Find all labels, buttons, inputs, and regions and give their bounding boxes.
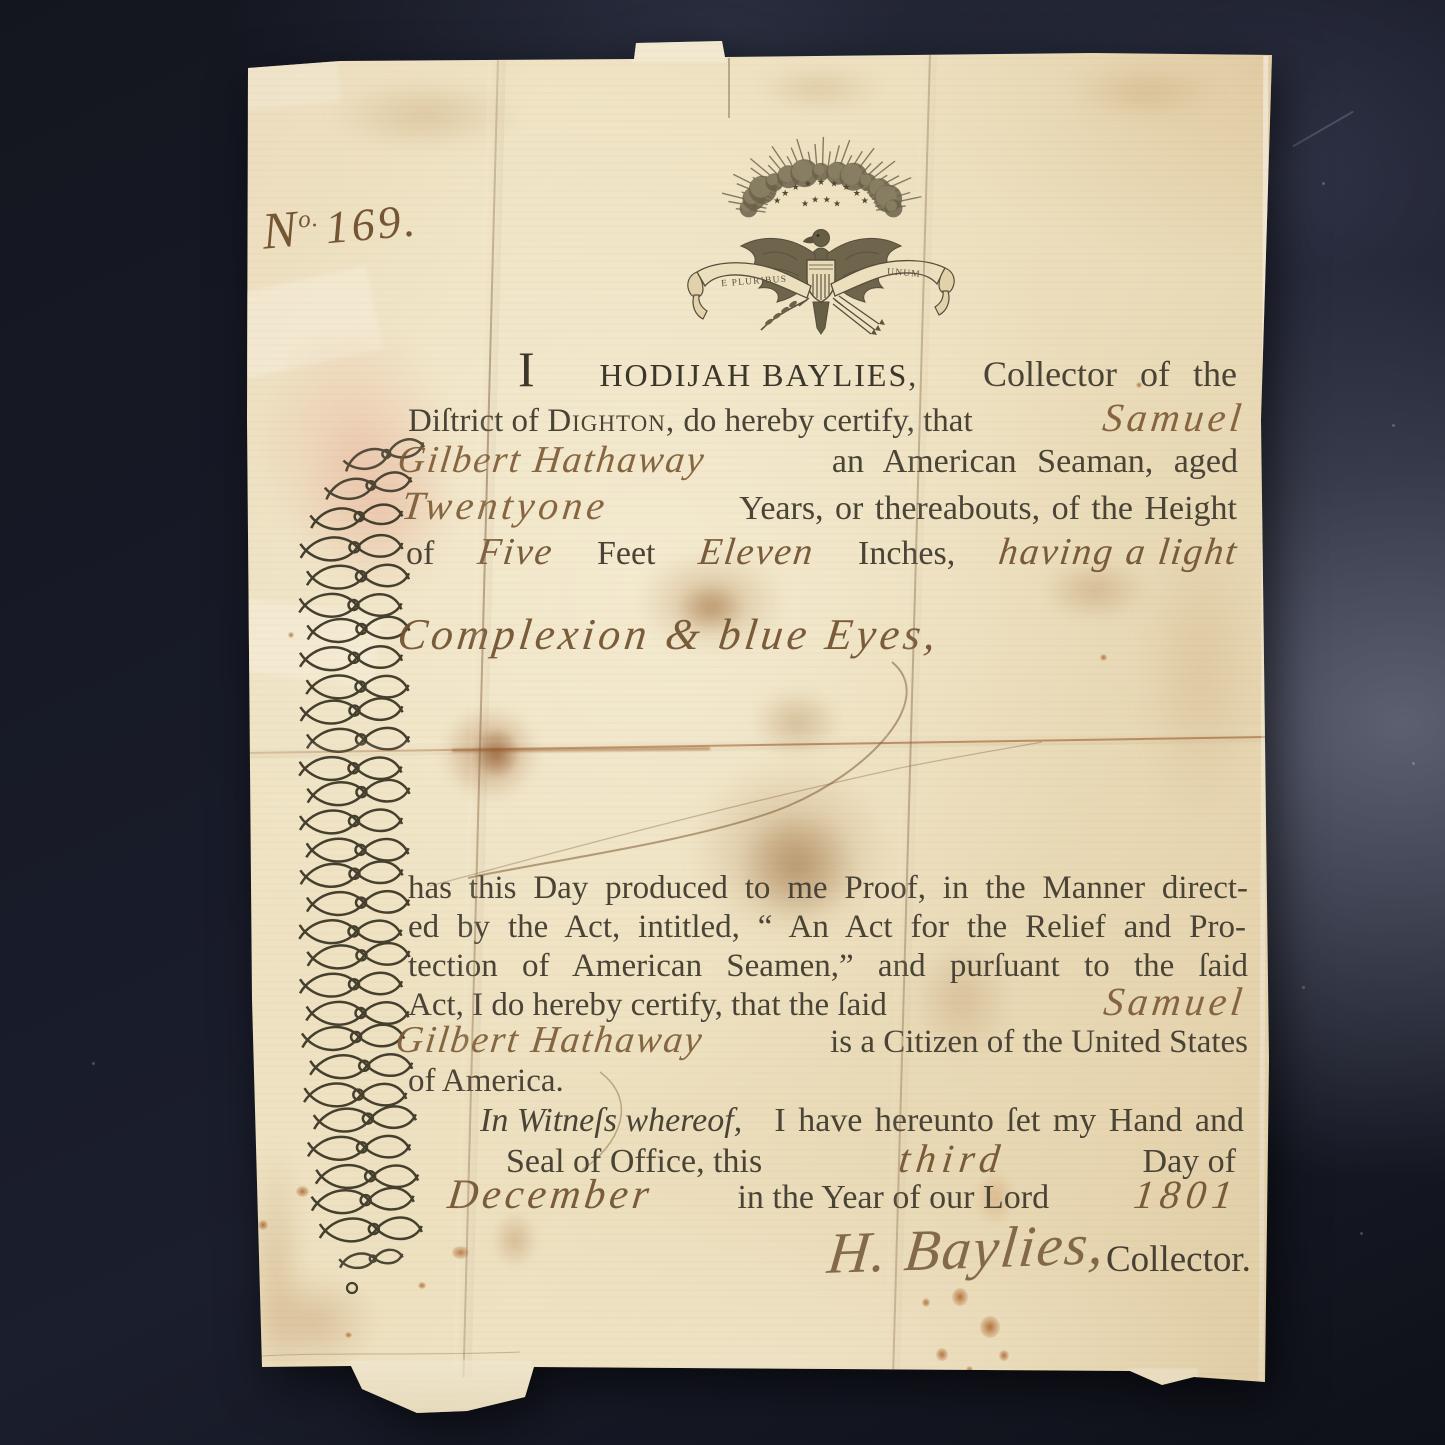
line-month-year: December in the Year of our Lord 1801 <box>448 1172 1238 1219</box>
line-witness: In Witneſs whereof, I have hereunto ſet … <box>480 1102 1244 1140</box>
corner-stain <box>248 1272 378 1372</box>
complexion-value: Complexion & blue Eyes, <box>395 610 943 659</box>
eagle-figure <box>688 230 954 336</box>
collector-signature-title: Collector. <box>1106 1238 1251 1281</box>
ink-spatter <box>452 1246 469 1259</box>
svg-text:★: ★ <box>801 199 809 209</box>
paper-edge-highlight <box>1259 56 1269 1382</box>
rust-stain <box>440 706 540 801</box>
paper-vignette <box>0 0 1445 1445</box>
ink-spatter <box>922 1298 930 1307</box>
svg-text:★: ★ <box>817 177 825 187</box>
fold-crease-horizontal <box>250 728 1272 758</box>
proof-text-1: has this Day produced to me Proof, in th… <box>408 870 1248 907</box>
collector-name: Hodijah Baylies, <box>599 358 918 394</box>
complexion-start: having a light <box>996 531 1240 574</box>
svg-text:★: ★ <box>830 179 838 189</box>
hairline-mark <box>262 1352 520 1356</box>
tan-stain <box>1070 64 1220 119</box>
citizen-name: Gilbert Hathaway <box>393 1019 706 1062</box>
ink-spatter <box>980 1316 1000 1338</box>
ink-spatter <box>296 1186 309 1197</box>
motto-right-text: UNUM <box>887 267 922 280</box>
line-collector-title: I Hodijah Baylies, Collector of the <box>518 341 1237 397</box>
ink-spatter <box>999 1350 1009 1361</box>
height-inches-value: Eleven <box>696 531 817 574</box>
svg-text:★: ★ <box>823 195 831 205</box>
svg-text:★: ★ <box>792 182 800 192</box>
height-inches-label: Inches, <box>858 535 955 573</box>
svg-text:★: ★ <box>861 196 869 206</box>
ink-spatter <box>952 1288 968 1306</box>
height-of: of <box>406 535 434 573</box>
motto-left-text: E PLURIBUS <box>721 275 788 290</box>
month-value: December <box>445 1172 655 1219</box>
witness-rest: I have hereunto ſet my Hand and <box>774 1102 1244 1140</box>
line-proof-1: has this Day produced to me Proof, in th… <box>408 870 1248 907</box>
torn-edge-nick <box>1128 1368 1198 1386</box>
collector-signature: H. Baylies, <box>825 1210 1110 1287</box>
line-citizen: Gilbert Hathaway is a Citizen of the Uni… <box>396 1019 1248 1062</box>
svg-text:★: ★ <box>811 195 819 205</box>
certificate-number: No. 169. <box>260 189 420 261</box>
collector-title: Collector of the <box>983 354 1237 394</box>
line-seaman-name: Gilbert Hathaway an American Seaman, age… <box>398 439 1238 482</box>
ink-spatter <box>418 1282 426 1289</box>
edge-tear <box>728 58 730 118</box>
district-post: do hereby certify, that <box>675 403 972 439</box>
tape-patch <box>242 54 341 110</box>
age-value: Twentyone <box>399 484 611 529</box>
seaman-label: an American Seaman, aged <box>832 443 1238 481</box>
svg-text:★: ★ <box>842 182 850 192</box>
svg-text:★: ★ <box>773 196 781 206</box>
drop-cap-i: I <box>518 341 535 397</box>
svg-text:★: ★ <box>833 199 841 209</box>
torn-corner-flap <box>350 1360 532 1416</box>
pen-flourish <box>468 662 907 878</box>
america-text: of America. <box>408 1063 564 1100</box>
certificate-paper: ★★★★★★★★★★★★★ <box>0 0 1445 1445</box>
fold-crease-horizontal <box>250 736 1272 754</box>
rust-stain <box>474 728 520 778</box>
engraved-decoration-layer <box>0 0 1445 1445</box>
svg-text:★: ★ <box>853 188 861 198</box>
line-america: of America. <box>408 1063 564 1100</box>
number-value: 169. <box>323 194 420 253</box>
photo-background: ★★★★★★★★★★★★★ <box>0 0 1445 1445</box>
line-complexion: Complexion & blue Eyes, <box>398 610 940 659</box>
certificate-paper-wrap: ★★★★★★★★★★★★★ <box>0 0 1445 1445</box>
svg-text:★: ★ <box>804 179 812 189</box>
tan-stain <box>755 66 885 111</box>
hairline-crack <box>430 742 1042 886</box>
height-feet-label: Feet <box>597 535 656 573</box>
seaman-first-name: Samuel <box>1100 396 1247 441</box>
tan-stain <box>330 80 520 150</box>
fold-crease-rust <box>452 747 710 752</box>
district-pre: Diſtrict of <box>408 403 547 439</box>
ink-spatter <box>936 1348 948 1361</box>
line-height: of Five Feet Eleven Inches, having a lig… <box>406 531 1238 574</box>
year-label: in the Year of our Lord <box>737 1179 1049 1217</box>
tape-patch <box>224 597 382 687</box>
tape-patch <box>229 266 384 378</box>
year-value: 1801 <box>1131 1173 1241 1218</box>
federal-eagle-emblem: ★★★★★★★★★★★★★ <box>663 104 979 344</box>
ink-spatter <box>966 1366 973 1374</box>
ink-spatter <box>1100 654 1107 661</box>
number-superscript: o. <box>297 205 320 234</box>
citizen-text: is a Citizen of the United States <box>830 1024 1248 1061</box>
ink-spatter <box>288 632 294 638</box>
district-name: Dighton, <box>547 403 675 439</box>
witness-italic: In Witneſs whereof, <box>480 1102 742 1140</box>
number-prefix: N <box>260 201 302 261</box>
center-stain <box>752 688 842 758</box>
age-label: Years, or thereabouts, of the Height <box>739 490 1237 528</box>
torn-paper-tab <box>632 40 726 62</box>
edge-stain <box>246 1140 306 1400</box>
line-age: Twentyone Years, or thereabouts, of the … <box>402 484 1237 529</box>
rust-stain <box>492 1212 538 1268</box>
line-district: Diſtrict of Dighton, do hereby certify, … <box>408 396 1245 441</box>
line-proof-2: ed by the Act, intitled, “ An Act for th… <box>408 909 1246 946</box>
ink-spatter <box>258 1220 268 1230</box>
height-feet-value: Five <box>475 531 556 574</box>
ink-spatter <box>345 1332 352 1338</box>
svg-text:★: ★ <box>781 188 789 198</box>
proof-text-2: ed by the Act, intitled, “ An Act for th… <box>408 909 1246 946</box>
seaman-name: Gilbert Hathaway <box>395 439 708 482</box>
